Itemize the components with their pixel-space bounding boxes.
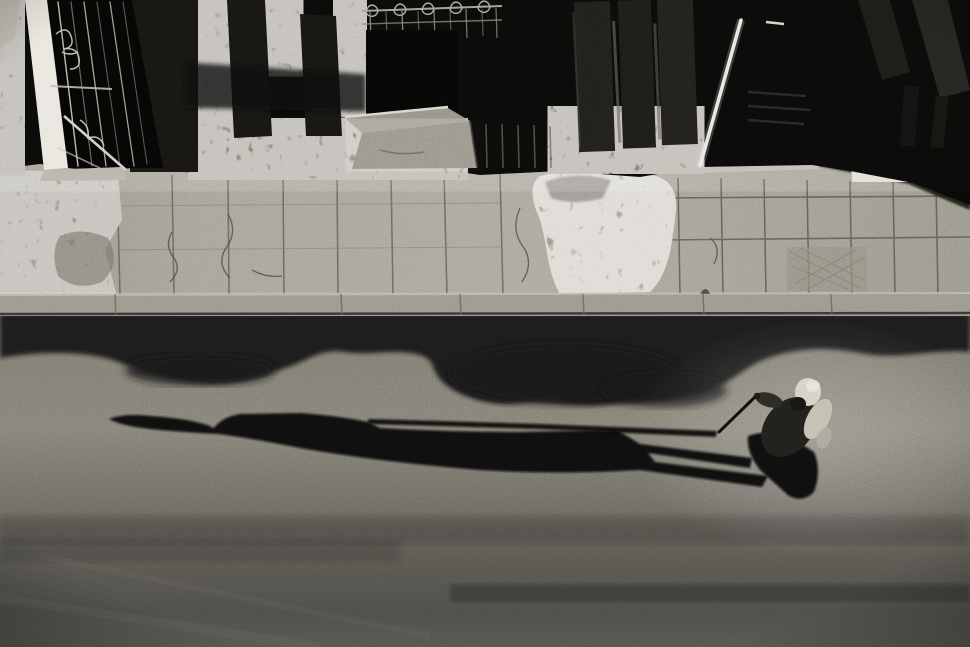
- photo-canvas: [0, 0, 970, 647]
- vignette: [0, 0, 970, 647]
- photo-frame: [0, 0, 970, 647]
